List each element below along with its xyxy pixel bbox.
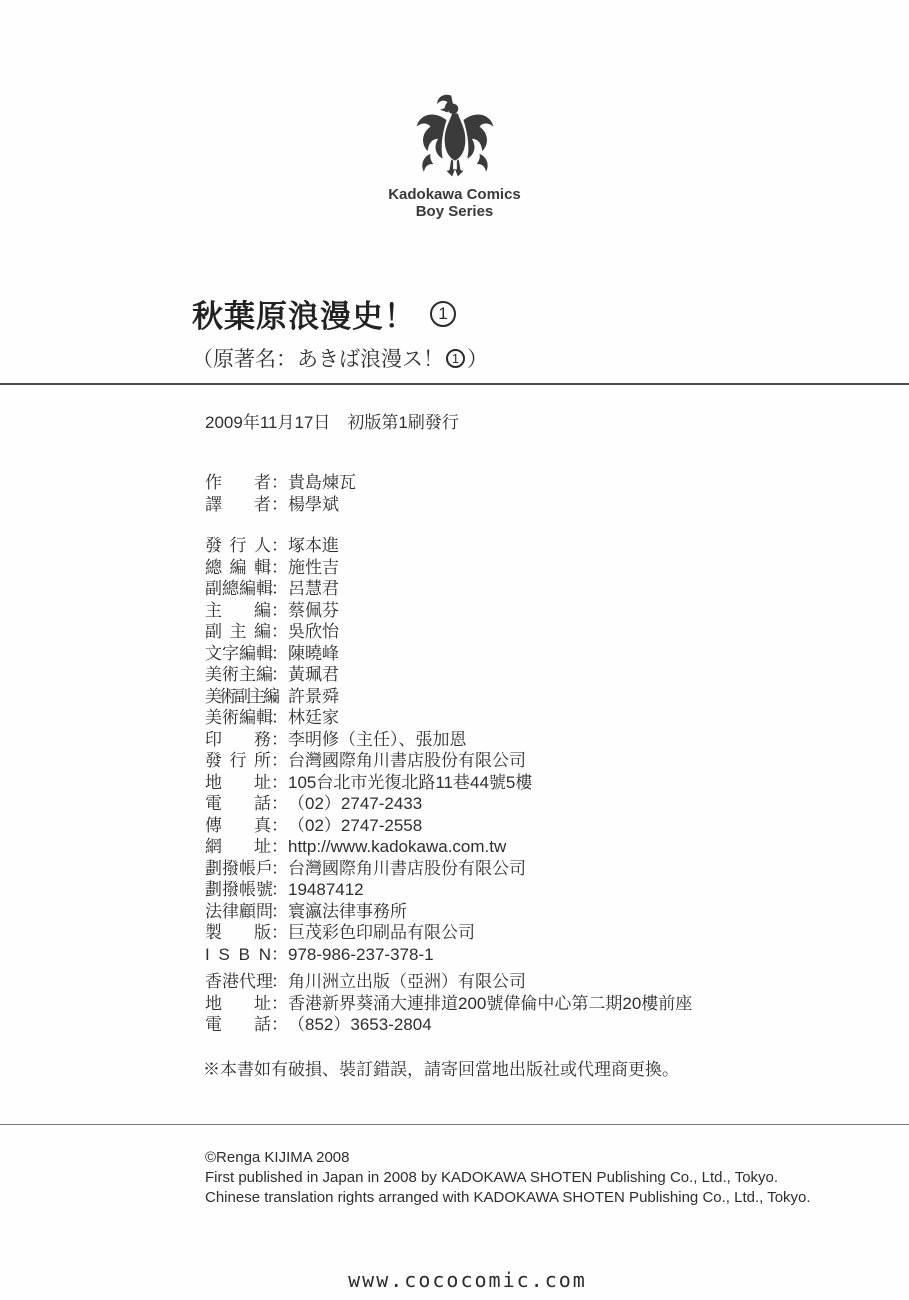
- credit-colon: ：: [271, 922, 288, 944]
- credit-value: 林廷家: [288, 708, 339, 727]
- credit-value: （02）2747-2433: [288, 794, 422, 813]
- colophon-page: Kadokawa Comics Boy Series 秋葉原浪漫史！ 1 （原著…: [0, 0, 909, 1300]
- credit-row: 劃撥帳戶：台灣國際角川書店股份有限公司: [205, 858, 532, 880]
- hk-agent-block: 香港代理：角川洲立出版（亞洲）有限公司 地址：香港新界葵涌大連排道200號偉倫中…: [205, 971, 692, 1036]
- book-title: 秋葉原浪漫史！: [192, 291, 416, 336]
- credit-row: 傳真：（02）2747-2558: [205, 815, 532, 837]
- credit-label: 地址: [205, 993, 271, 1015]
- credit-row: 印務：李明修（主任）、張加恩: [205, 729, 532, 751]
- credit-colon: ：: [271, 578, 288, 600]
- credit-row: 發行人：塚本進: [205, 535, 532, 557]
- credit-label: 美術編輯: [205, 707, 271, 729]
- credit-label: 劃撥帳戶: [205, 858, 271, 880]
- credit-label: 發行人: [205, 535, 271, 557]
- staff-block: 發行人：塚本進 總編輯：施性吉 副總編輯：呂慧君 主編：蔡佩芬 副主編：吳欣怡 …: [205, 535, 532, 965]
- credit-label: 印務: [205, 729, 271, 751]
- credit-colon: ：: [271, 815, 288, 837]
- credit-value: 貴島煉瓦: [288, 473, 356, 492]
- original-title-pre: （原著名：あきば浪漫ス！: [192, 343, 444, 373]
- credit-row: I S B N：978-986-237-378-1: [205, 944, 532, 966]
- credit-value: 台灣國際角川書店股份有限公司: [288, 751, 526, 770]
- credit-label: 美術副主編: [205, 686, 271, 708]
- credit-value: 李明修（主任）、張加恩: [288, 730, 467, 749]
- credit-row: 美術編輯：林廷家: [205, 707, 532, 729]
- credit-colon: ：: [271, 879, 288, 901]
- logo-series-line1: Kadokawa Comics: [0, 186, 909, 203]
- copyright-line2: First published in Japan in 2008 by KADO…: [205, 1168, 811, 1188]
- credit-colon: ：: [271, 901, 288, 923]
- damage-notice: ※本書如有破損、裝訂錯誤，請寄回當地出版社或代理商更換。: [203, 1055, 679, 1080]
- credit-label: 副總編輯: [205, 578, 271, 600]
- credit-row: 主編：蔡佩芬: [205, 600, 532, 622]
- credit-colon: ：: [271, 772, 288, 794]
- divider-top: [0, 383, 909, 385]
- credit-colon: ：: [271, 643, 288, 665]
- credit-colon: ：: [271, 944, 288, 966]
- copyright-line3: Chinese translation rights arranged with…: [205, 1188, 811, 1208]
- credit-colon: ：: [271, 971, 288, 993]
- credit-row: 網址：http://www.kadokawa.com.tw: [205, 836, 532, 858]
- credit-label: 主編: [205, 600, 271, 622]
- credit-value: （02）2747-2558: [288, 816, 422, 835]
- copyright-block: ©Renga KIJIMA 2008 First published in Ja…: [205, 1148, 811, 1208]
- author-block: 作者：貴島煉瓦 譯者：楊學斌: [205, 472, 356, 515]
- credit-label: 製版: [205, 922, 271, 944]
- volume-badge: 1: [430, 301, 456, 327]
- credit-row: 美術副主編：許景舜: [205, 686, 532, 708]
- credit-label: 譯者: [205, 494, 271, 516]
- credit-value: （852）3653-2804: [288, 1015, 432, 1034]
- credit-colon: ：: [271, 1014, 288, 1036]
- credit-label: 電話: [205, 1014, 271, 1036]
- credit-row: 劃撥帳號：19487412: [205, 879, 532, 901]
- credit-row: 製版：巨茂彩色印刷品有限公司: [205, 922, 532, 944]
- credit-colon: ：: [271, 750, 288, 772]
- credit-value: 978-986-237-378-1: [288, 945, 434, 964]
- copyright-line1: ©Renga KIJIMA 2008: [205, 1148, 811, 1168]
- credit-colon: ：: [271, 729, 288, 751]
- credit-row: 文字編輯：陳曉峰: [205, 643, 532, 665]
- credit-row: 地址：香港新界葵涌大連排道200號偉倫中心第二期20樓前座: [205, 993, 692, 1015]
- site-watermark: www.cococomic.com: [0, 1268, 909, 1292]
- edition-date: 2009年11月17日 初版第1刷發行: [205, 408, 459, 433]
- credit-label: I S B N: [205, 944, 271, 966]
- credit-row: 副主編：吳欣怡: [205, 621, 532, 643]
- credit-colon: ：: [271, 600, 288, 622]
- credit-value: 塚本進: [288, 536, 339, 555]
- credit-colon: ：: [271, 621, 288, 643]
- credit-row: 發行所：台灣國際角川書店股份有限公司: [205, 750, 532, 772]
- credit-row: 地址：105台北市光復北路11巷44號5樓: [205, 772, 532, 794]
- credit-label: 副主編: [205, 621, 271, 643]
- volume-badge-small: 1: [446, 349, 465, 368]
- credit-label: 法律顧問: [205, 901, 271, 923]
- credit-row: 香港代理：角川洲立出版（亞洲）有限公司: [205, 971, 692, 993]
- credit-row: 譯者：楊學斌: [205, 494, 356, 516]
- original-title-post: ）: [467, 343, 488, 373]
- title-block: 秋葉原浪漫史！ 1 （原著名：あきば浪漫ス！ 1 ）: [192, 291, 488, 373]
- credit-row: 美術主編：黃珮君: [205, 664, 532, 686]
- logo-series-line2: Boy Series: [0, 203, 909, 220]
- credit-row: 副總編輯：呂慧君: [205, 578, 532, 600]
- credit-label: 地址: [205, 772, 271, 794]
- credit-colon: ：: [271, 686, 288, 708]
- credit-colon: ：: [271, 557, 288, 579]
- phoenix-logo-icon: [408, 90, 502, 184]
- credit-colon: ：: [271, 494, 288, 516]
- credit-label: 網址: [205, 836, 271, 858]
- credit-value: 香港新界葵涌大連排道200號偉倫中心第二期20樓前座: [288, 994, 692, 1013]
- credit-value: 許景舜: [288, 687, 339, 706]
- credit-row: 法律顧問：寰瀛法律事務所: [205, 901, 532, 923]
- credit-value: 19487412: [288, 880, 364, 899]
- credit-row: 總編輯：施性吉: [205, 557, 532, 579]
- credit-colon: ：: [271, 535, 288, 557]
- credit-colon: ：: [271, 836, 288, 858]
- credit-value: 巨茂彩色印刷品有限公司: [288, 923, 475, 942]
- credit-value: 楊學斌: [288, 495, 339, 514]
- credit-value: 105台北市光復北路11巷44號5樓: [288, 773, 532, 792]
- credit-label: 傳真: [205, 815, 271, 837]
- credit-row: 電話：（852）3653-2804: [205, 1014, 692, 1036]
- credit-label: 文字編輯: [205, 643, 271, 665]
- credit-row: 電話：（02）2747-2433: [205, 793, 532, 815]
- credit-value: 寰瀛法律事務所: [288, 902, 407, 921]
- credit-value: 角川洲立出版（亞洲）有限公司: [288, 972, 526, 991]
- credit-row: 作者：貴島煉瓦: [205, 472, 356, 494]
- credit-label: 劃撥帳號: [205, 879, 271, 901]
- credit-colon: ：: [271, 858, 288, 880]
- credit-label: 美術主編: [205, 664, 271, 686]
- credit-colon: ：: [271, 664, 288, 686]
- credit-value: 台灣國際角川書店股份有限公司: [288, 859, 526, 878]
- publisher-logo: Kadokawa Comics Boy Series: [0, 90, 909, 220]
- credit-value: 陳曉峰: [288, 644, 339, 663]
- credit-value: 蔡佩芬: [288, 601, 339, 620]
- credit-colon: ：: [271, 707, 288, 729]
- credit-label: 總編輯: [205, 557, 271, 579]
- credit-label: 作者: [205, 472, 271, 494]
- credit-colon: ：: [271, 472, 288, 494]
- credit-value: 呂慧君: [288, 579, 339, 598]
- credit-label: 香港代理: [205, 971, 271, 993]
- original-title: （原著名：あきば浪漫ス！ 1 ）: [192, 343, 488, 373]
- credit-value: 施性吉: [288, 558, 339, 577]
- credit-label: 電話: [205, 793, 271, 815]
- credit-colon: ：: [271, 993, 288, 1015]
- credit-value: http://www.kadokawa.com.tw: [288, 837, 506, 856]
- divider-bottom: [0, 1124, 909, 1125]
- credit-value: 黃珮君: [288, 665, 339, 684]
- credit-value: 吳欣怡: [288, 622, 339, 641]
- credit-label: 發行所: [205, 750, 271, 772]
- credit-colon: ：: [271, 793, 288, 815]
